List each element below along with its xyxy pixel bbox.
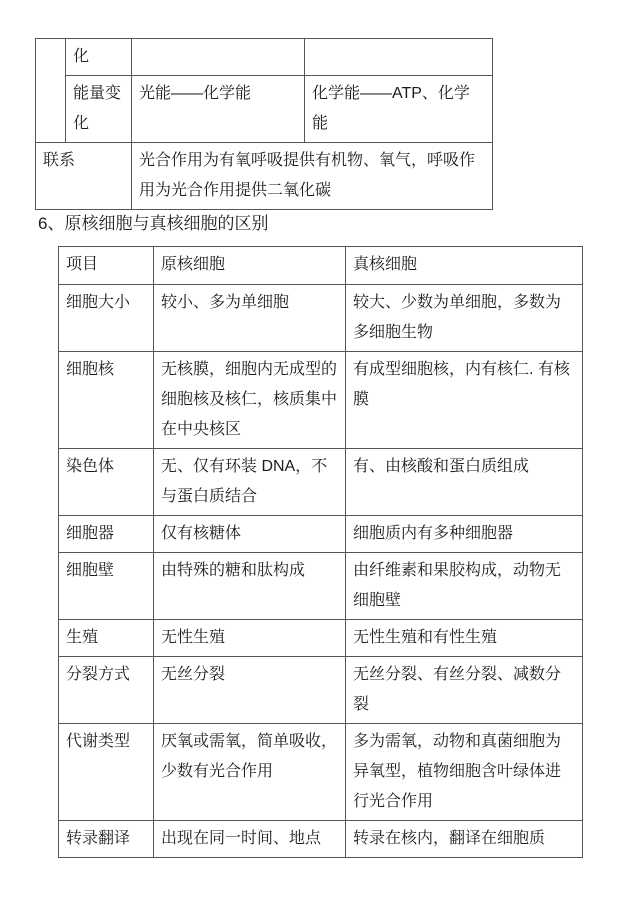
row-item-label: 生殖 bbox=[59, 620, 154, 657]
photosynthesis-respiration-table: 化 能量变化 光能——化学能 化学能——ATP、化学能 联系 光合作用为有氧呼吸… bbox=[35, 38, 493, 210]
section-heading: 6、原核细胞与真核细胞的区别 bbox=[38, 210, 268, 238]
row-prokaryote-cell: 由特殊的糖和肽构成 bbox=[154, 553, 346, 620]
row-item-label: 代谢类型 bbox=[59, 724, 154, 821]
table1-merged-empty-cell bbox=[36, 39, 66, 143]
row-eukaryote-cell: 无丝分裂、有丝分裂、减数分裂 bbox=[346, 657, 583, 724]
row-eukaryote-cell: 较大、少数为单细胞，多数为多细胞生物 bbox=[346, 285, 583, 352]
table-row: 细胞壁 由特殊的糖和肽构成 由纤维素和果胶构成，动物无细胞壁 bbox=[59, 553, 583, 620]
table1-relation-label: 联系 bbox=[36, 143, 132, 210]
row-prokaryote-cell: 仅有核糖体 bbox=[154, 516, 346, 553]
row-eukaryote-cell: 由纤维素和果胶构成，动物无细胞壁 bbox=[346, 553, 583, 620]
row-prokaryote-cell: 厌氧或需氧，简单吸收，少数有光合作用 bbox=[154, 724, 346, 821]
prokaryote-eukaryote-comparison-table: 项目 原核细胞 真核细胞 细胞大小 较小、多为单细胞 较大、少数为单细胞，多数为… bbox=[58, 246, 583, 858]
table-row: 代谢类型 厌氧或需氧，简单吸收，少数有光合作用 多为需氧，动物和真菌细胞为异氧型… bbox=[59, 724, 583, 821]
table-row: 染色体 无、仅有环装 DNA，不与蛋白质结合 有、由核酸和蛋白质组成 bbox=[59, 449, 583, 516]
table1-energy-change-label: 能量变化 bbox=[66, 76, 132, 143]
row-prokaryote-cell: 出现在同一时间、地点 bbox=[154, 821, 346, 858]
row-prokaryote-cell: 无核膜，细胞内无成型的细胞核及核仁，核质集中在中央核区 bbox=[154, 352, 346, 449]
header-eukaryote: 真核细胞 bbox=[346, 247, 583, 285]
row-eukaryote-cell: 多为需氧，动物和真菌细胞为异氧型，植物细胞含叶绿体进行光合作用 bbox=[346, 724, 583, 821]
table-header-row: 项目 原核细胞 真核细胞 bbox=[59, 247, 583, 285]
row-item-label: 细胞器 bbox=[59, 516, 154, 553]
table-row: 细胞核 无核膜，细胞内无成型的细胞核及核仁，核质集中在中央核区 有成型细胞核，内… bbox=[59, 352, 583, 449]
document-page: 化 能量变化 光能——化学能 化学能——ATP、化学能 联系 光合作用为有氧呼吸… bbox=[0, 0, 640, 906]
row-item-label: 转录翻译 bbox=[59, 821, 154, 858]
row-eukaryote-cell: 有、由核酸和蛋白质组成 bbox=[346, 449, 583, 516]
row-eukaryote-cell: 无性生殖和有性生殖 bbox=[346, 620, 583, 657]
row-prokaryote-cell: 无丝分裂 bbox=[154, 657, 346, 724]
row-item-label: 细胞壁 bbox=[59, 553, 154, 620]
header-item: 项目 bbox=[59, 247, 154, 285]
table1-row1-empty-cell-2 bbox=[305, 39, 493, 76]
table-row: 转录翻译 出现在同一时间、地点 转录在核内，翻译在细胞质 bbox=[59, 821, 583, 858]
table-row: 细胞器 仅有核糖体 细胞质内有多种细胞器 bbox=[59, 516, 583, 553]
row-item-label: 细胞核 bbox=[59, 352, 154, 449]
row-eukaryote-cell: 细胞质内有多种细胞器 bbox=[346, 516, 583, 553]
row-prokaryote-cell: 无性生殖 bbox=[154, 620, 346, 657]
row-item-label: 分裂方式 bbox=[59, 657, 154, 724]
table-row: 分裂方式 无丝分裂 无丝分裂、有丝分裂、减数分裂 bbox=[59, 657, 583, 724]
table-row: 生殖 无性生殖 无性生殖和有性生殖 bbox=[59, 620, 583, 657]
header-prokaryote: 原核细胞 bbox=[154, 247, 346, 285]
row-prokaryote-cell: 较小、多为单细胞 bbox=[154, 285, 346, 352]
table1-energy-change-respiration: 化学能——ATP、化学能 bbox=[305, 76, 493, 143]
row-prokaryote-cell: 无、仅有环装 DNA，不与蛋白质结合 bbox=[154, 449, 346, 516]
row-item-label: 细胞大小 bbox=[59, 285, 154, 352]
row-eukaryote-cell: 有成型细胞核，内有核仁. 有核膜 bbox=[346, 352, 583, 449]
row-eukaryote-cell: 转录在核内，翻译在细胞质 bbox=[346, 821, 583, 858]
table1-row1-label-continuation: 化 bbox=[66, 39, 132, 76]
table1-row1-empty-cell-1 bbox=[132, 39, 305, 76]
table1-relation-content: 光合作用为有氧呼吸提供有机物、氧气，呼吸作用为光合作用提供二氧化碳 bbox=[132, 143, 493, 210]
table1-energy-change-photosynthesis: 光能——化学能 bbox=[132, 76, 305, 143]
table-row: 细胞大小 较小、多为单细胞 较大、少数为单细胞，多数为多细胞生物 bbox=[59, 285, 583, 352]
row-item-label: 染色体 bbox=[59, 449, 154, 516]
